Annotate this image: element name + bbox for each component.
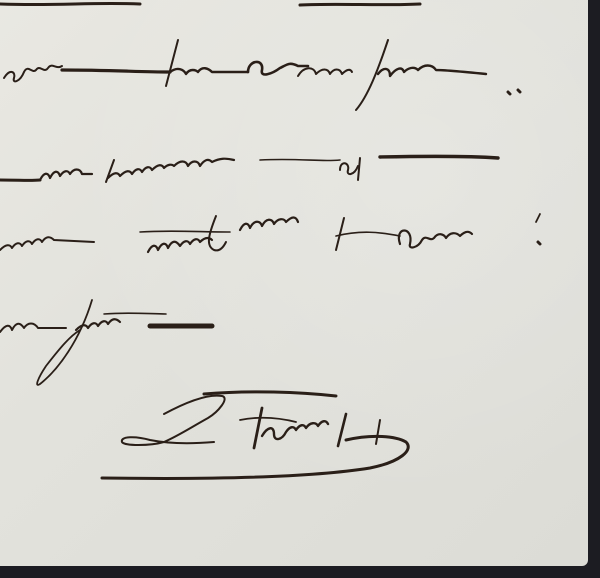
line-3-script	[0, 214, 540, 252]
handwriting-ink	[0, 0, 600, 578]
letter-photo: avec … leur de compiler mes remerciement…	[0, 0, 600, 578]
line-2-script	[0, 156, 498, 182]
line-1-script	[4, 40, 520, 110]
signature-script	[102, 392, 408, 479]
line-4-script	[0, 300, 212, 385]
